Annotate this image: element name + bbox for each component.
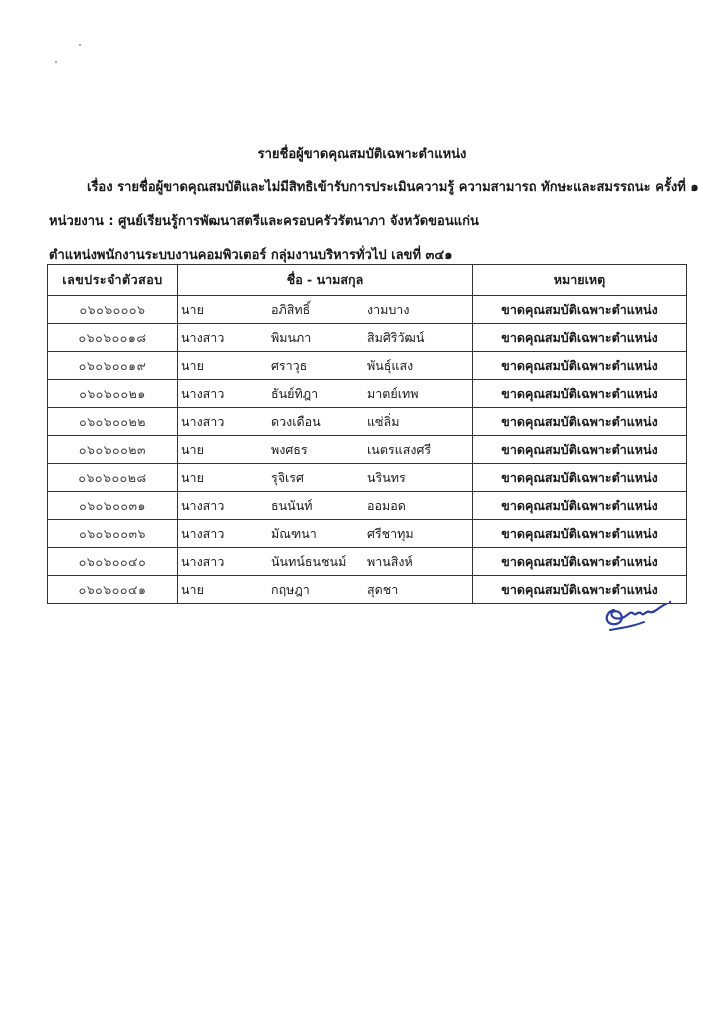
first-name: พงศธร xyxy=(271,440,367,460)
name-prefix: นาย xyxy=(178,300,271,320)
table-row: ๐๖๐๖๐๐๔๐นางสาวนันทน์ธนชนม์พานสิงห์ขาดคุณ… xyxy=(48,548,687,576)
name-cell: นางสาวธันย์ทิฎามาตย์เทพ xyxy=(178,380,473,408)
disqualified-list-table: เลขประจำตัวสอบ ชื่อ - นามสกุล หมายเหตุ ๐… xyxy=(47,264,687,604)
name-cell: นางสาวธนนันท์ออมอด xyxy=(178,492,473,520)
scan-speck xyxy=(79,44,81,46)
name-prefix: นางสาว xyxy=(178,552,271,572)
last-name: เนตรแสงศรี xyxy=(367,440,472,460)
exam-id-cell: ๐๖๐๖๐๐๒๘ xyxy=(48,464,178,492)
first-name: ดวงเดือน xyxy=(271,412,367,432)
last-name: พานสิงห์ xyxy=(367,552,472,572)
header-note: หมายเหตุ xyxy=(473,265,687,296)
document-subject: เรื่อง รายชื่อผู้ขาดคุณสมบัติและไม่มีสิท… xyxy=(87,176,699,197)
note-cell: ขาดคุณสมบัติเฉพาะตำแหน่ง xyxy=(473,352,687,380)
name-prefix: นาย xyxy=(178,580,271,600)
last-name: งามบาง xyxy=(367,300,472,320)
note-cell: ขาดคุณสมบัติเฉพาะตำแหน่ง xyxy=(473,408,687,436)
last-name: นรินทร xyxy=(367,468,472,488)
table-header-row: เลขประจำตัวสอบ ชื่อ - นามสกุล หมายเหตุ xyxy=(48,265,687,296)
last-name: สุดชา xyxy=(367,580,472,600)
exam-id-cell: ๐๖๐๖๐๐๑๘ xyxy=(48,324,178,352)
table-row: ๐๖๐๖๐๐๒๘นายรุจิเรศนรินทรขาดคุณสมบัติเฉพา… xyxy=(48,464,687,492)
scan-speck xyxy=(55,61,57,63)
last-name: สิมศิริวัฒน์ xyxy=(367,328,472,348)
table-row: ๐๖๐๖๐๐๔๑นายกฤษฎาสุดชาขาดคุณสมบัติเฉพาะตำ… xyxy=(48,576,687,604)
note-cell: ขาดคุณสมบัติเฉพาะตำแหน่ง xyxy=(473,464,687,492)
note-cell: ขาดคุณสมบัติเฉพาะตำแหน่ง xyxy=(473,324,687,352)
name-prefix: นาย xyxy=(178,468,271,488)
name-prefix: นางสาว xyxy=(178,412,271,432)
first-name: มัณฑนา xyxy=(271,524,367,544)
note-cell: ขาดคุณสมบัติเฉพาะตำแหน่ง xyxy=(473,380,687,408)
table-row: ๐๖๐๖๐๐๒๑นางสาวธันย์ทิฎามาตย์เทพขาดคุณสมบ… xyxy=(48,380,687,408)
last-name: พันธุ์แสง xyxy=(367,356,472,376)
name-cell: นายกฤษฎาสุดชา xyxy=(178,576,473,604)
name-cell: นายพงศธรเนตรแสงศรี xyxy=(178,436,473,464)
name-prefix: นางสาว xyxy=(178,496,271,516)
note-cell: ขาดคุณสมบัติเฉพาะตำแหน่ง xyxy=(473,492,687,520)
name-prefix: นาย xyxy=(178,356,271,376)
name-prefix: นางสาว xyxy=(178,524,271,544)
exam-id-cell: ๐๖๐๖๐๐๔๐ xyxy=(48,548,178,576)
exam-id-cell: ๐๖๐๖๐๐๓๑ xyxy=(48,492,178,520)
name-cell: นายศราวุธพันธุ์แสง xyxy=(178,352,473,380)
last-name: ออมอด xyxy=(367,496,472,516)
first-name: ศราวุธ xyxy=(271,356,367,376)
first-name: ธนนันท์ xyxy=(271,496,367,516)
note-cell: ขาดคุณสมบัติเฉพาะตำแหน่ง xyxy=(473,520,687,548)
exam-id-cell: ๐๖๐๖๐๐๒๒ xyxy=(48,408,178,436)
exam-id-cell: ๐๖๐๖๐๐๓๖ xyxy=(48,520,178,548)
first-name: นันทน์ธนชนม์ xyxy=(271,552,367,572)
table-row: ๐๖๐๖๐๐๓๖นางสาวมัณฑนาศรีชาทุมขาดคุณสมบัติ… xyxy=(48,520,687,548)
first-name: อภิสิทธิ์ xyxy=(271,300,367,320)
name-prefix: นาย xyxy=(178,440,271,460)
exam-id-cell: ๐๖๐๖๐๐๒๓ xyxy=(48,436,178,464)
document-title: รายชื่อผู้ขาดคุณสมบัติเฉพาะตำแหน่ง xyxy=(0,143,724,164)
note-cell: ขาดคุณสมบัติเฉพาะตำแหน่ง xyxy=(473,296,687,324)
name-prefix: นางสาว xyxy=(178,384,271,404)
exam-id-cell: ๐๖๐๖๐๐๐๖ xyxy=(48,296,178,324)
name-cell: นางสาวดวงเดือนแซ่ลิ่ม xyxy=(178,408,473,436)
name-cell: นางสาวพิมนภาสิมศิริวัฒน์ xyxy=(178,324,473,352)
table-row: ๐๖๐๖๐๐๑๙นายศราวุธพันธุ์แสงขาดคุณสมบัติเฉ… xyxy=(48,352,687,380)
first-name: รุจิเรศ xyxy=(271,468,367,488)
table-row: ๐๖๐๖๐๐๑๘นางสาวพิมนภาสิมศิริวัฒน์ขาดคุณสม… xyxy=(48,324,687,352)
table-body: ๐๖๐๖๐๐๐๖นายอภิสิทธิ์งามบางขาดคุณสมบัติเฉ… xyxy=(48,296,687,604)
exam-id-cell: ๐๖๐๖๐๐๒๑ xyxy=(48,380,178,408)
exam-id-cell: ๐๖๐๖๐๐๔๑ xyxy=(48,576,178,604)
header-name: ชื่อ - นามสกุล xyxy=(178,265,473,296)
header-exam-id: เลขประจำตัวสอบ xyxy=(48,265,178,296)
signature-icon xyxy=(600,596,680,636)
note-cell: ขาดคุณสมบัติเฉพาะตำแหน่ง xyxy=(473,548,687,576)
first-name: ธันย์ทิฎา xyxy=(271,384,367,404)
name-cell: นายรุจิเรศนรินทร xyxy=(178,464,473,492)
name-prefix: นางสาว xyxy=(178,328,271,348)
note-cell: ขาดคุณสมบัติเฉพาะตำแหน่ง xyxy=(473,436,687,464)
name-cell: นายอภิสิทธิ์งามบาง xyxy=(178,296,473,324)
last-name: ศรีชาทุม xyxy=(367,524,472,544)
table-row: ๐๖๐๖๐๐๒๒นางสาวดวงเดือนแซ่ลิ่มขาดคุณสมบัต… xyxy=(48,408,687,436)
last-name: มาตย์เทพ xyxy=(367,384,472,404)
last-name: แซ่ลิ่ม xyxy=(367,412,472,432)
agency-unit: หน่วยงาน : ศูนย์เรียนรู้การพัฒนาสตรีและค… xyxy=(49,210,479,231)
name-cell: นางสาวนันทน์ธนชนม์พานสิงห์ xyxy=(178,548,473,576)
table-row: ๐๖๐๖๐๐๓๑นางสาวธนนันท์ออมอดขาดคุณสมบัติเฉ… xyxy=(48,492,687,520)
exam-id-cell: ๐๖๐๖๐๐๑๙ xyxy=(48,352,178,380)
table-row: ๐๖๐๖๐๐๐๖นายอภิสิทธิ์งามบางขาดคุณสมบัติเฉ… xyxy=(48,296,687,324)
first-name: กฤษฎา xyxy=(271,580,367,600)
table-row: ๐๖๐๖๐๐๒๓นายพงศธรเนตรแสงศรีขาดคุณสมบัติเฉ… xyxy=(48,436,687,464)
first-name: พิมนภา xyxy=(271,328,367,348)
name-cell: นางสาวมัณฑนาศรีชาทุม xyxy=(178,520,473,548)
position-info: ตำแหน่งพนักงานระบบงานคอมพิวเตอร์ กลุ่มงา… xyxy=(49,244,453,265)
